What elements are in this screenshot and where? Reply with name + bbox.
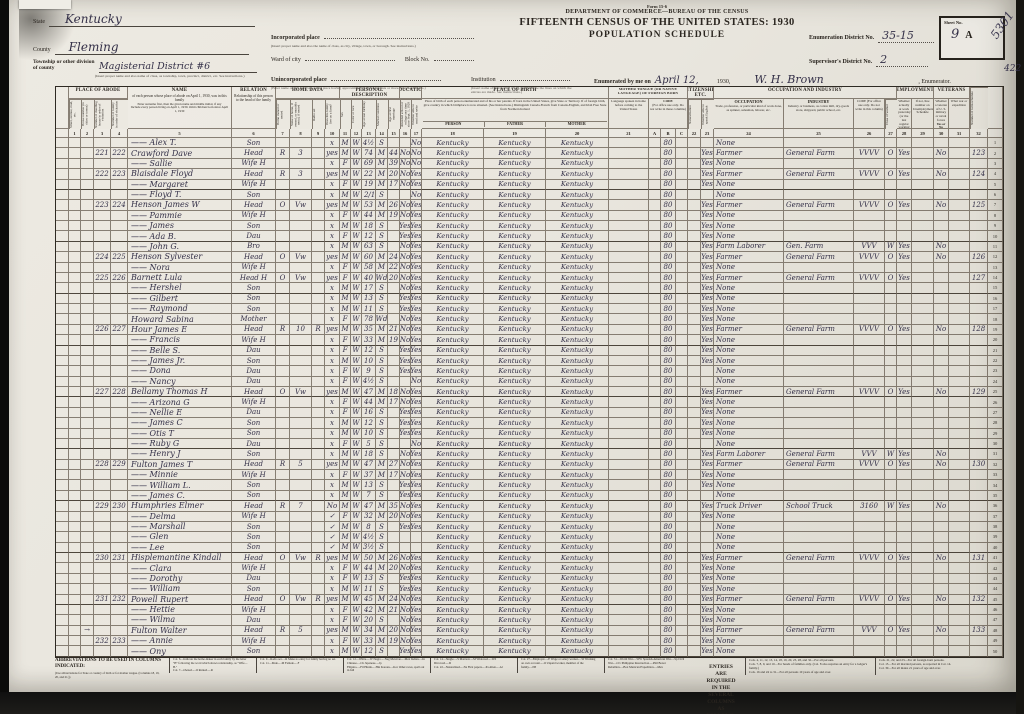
line-number-left <box>56 304 69 314</box>
cell-rel: Wife H <box>232 159 276 169</box>
cell-rel: Son <box>232 480 276 490</box>
group-mother-tongue: MOTHER TONGUE (OR NATIVE LANGUAGE) OF FO… <box>609 87 688 99</box>
cell-name: Crawford Dave <box>128 148 232 158</box>
cell-nat <box>688 543 701 553</box>
cell-age: 47 <box>362 501 376 511</box>
cell-fam: 231 <box>111 553 128 563</box>
cell-emp <box>897 480 912 490</box>
cell-sex: F <box>340 211 351 221</box>
cell-war <box>949 283 970 293</box>
cell-cls <box>885 211 897 221</box>
subheader-agefm: Age at first marriage <box>388 99 400 129</box>
cell-pobm: Kentucky <box>546 366 609 376</box>
cell-name: —— Pammie <box>128 211 232 221</box>
cell-fsch <box>970 377 988 387</box>
cell-cc <box>676 387 688 397</box>
cell-name: —— Hettie <box>128 605 232 615</box>
cell-ind: Gen. Farm <box>784 242 854 252</box>
line-number-right: 34 <box>988 480 1003 490</box>
cell-war <box>949 460 970 470</box>
cell-dwell: 223 <box>94 200 111 210</box>
cell-pobp: Kentucky <box>422 563 484 573</box>
cell-nat <box>688 429 701 439</box>
cell-ind <box>784 159 854 169</box>
cell-dwell <box>94 314 111 324</box>
cell-pobp: Kentucky <box>422 522 484 532</box>
cell-pobp: Kentucky <box>422 480 484 490</box>
cell-mar: S <box>376 584 388 594</box>
cell-eng: Yes <box>701 626 714 636</box>
cell-sex: M <box>340 252 351 262</box>
cell-age: 12 <box>362 346 376 356</box>
cell-street <box>69 180 81 190</box>
cell-pobm: Kentucky <box>546 439 609 449</box>
cell-unemp <box>912 211 934 221</box>
cell-color: W <box>351 470 362 480</box>
cell-ca <box>649 346 661 356</box>
cell-pobf: Kentucky <box>484 449 546 459</box>
cell-war <box>949 449 970 459</box>
cell-cb: 80 <box>661 200 676 210</box>
cell-house <box>81 314 94 324</box>
cell-mar: M <box>376 626 388 636</box>
cell-agefm: 20 <box>388 626 400 636</box>
cell-ten <box>276 615 290 625</box>
cell-rel: Son <box>232 221 276 231</box>
cell-pobf: Kentucky <box>484 418 546 428</box>
cell-agefm <box>388 346 400 356</box>
cell-read: Yes <box>411 501 422 511</box>
cell-sex: M <box>340 480 351 490</box>
cell-read: Yes <box>411 429 422 439</box>
cell-cls: O <box>885 553 897 563</box>
cell-pobm: Kentucky <box>546 418 609 428</box>
line-number-right: 47 <box>988 615 1003 625</box>
line-number-right: 48 <box>988 626 1003 636</box>
cell-agefm: 20 <box>388 169 400 179</box>
cell-farm: yes <box>325 200 340 210</box>
cell-agefm <box>388 314 400 324</box>
cell-house <box>81 460 94 470</box>
cell-ten <box>276 605 290 615</box>
cell-agefm: 44 <box>388 148 400 158</box>
cell-house <box>81 615 94 625</box>
cell-pobm: Kentucky <box>546 221 609 231</box>
cell-eng: Yes <box>701 169 714 179</box>
cell-unemp <box>912 636 934 646</box>
cell-color: W <box>351 543 362 553</box>
cell-emp: Yes <box>897 169 912 179</box>
cell-rel: Dau <box>232 574 276 584</box>
cell-fam <box>111 563 128 573</box>
cell-nat <box>688 626 701 636</box>
cell-occ: None <box>714 408 784 418</box>
cell-war <box>949 180 970 190</box>
cell-ind <box>784 532 854 542</box>
cell-sex: F <box>340 512 351 522</box>
line-number-right: 22 <box>988 356 1003 366</box>
cell-cls <box>885 512 897 522</box>
cell-pobp: Kentucky <box>422 408 484 418</box>
cell-name: —— Clara <box>128 563 232 573</box>
cell-ind: General Farm <box>784 273 854 283</box>
cell-ind: General Farm <box>784 169 854 179</box>
cell-nat <box>688 501 701 511</box>
cell-house <box>81 387 94 397</box>
cell-street <box>69 563 81 573</box>
cell-ca <box>649 366 661 376</box>
line-number-right: 36 <box>988 501 1003 511</box>
cell-code <box>854 543 885 553</box>
cell-vet <box>934 304 949 314</box>
cell-ten <box>276 283 290 293</box>
cell-house <box>81 242 94 252</box>
cell-rel: Head <box>232 148 276 158</box>
cell-read: Yes <box>411 263 422 273</box>
cell-ten <box>276 242 290 252</box>
cell-war <box>949 553 970 563</box>
cell-agefm: 21 <box>388 605 400 615</box>
cell-code <box>854 429 885 439</box>
cell-radio <box>312 335 325 345</box>
cell-tongue <box>609 190 649 200</box>
cell-fsch <box>970 335 988 345</box>
cell-fsch: 133 <box>970 626 988 636</box>
cell-vet <box>934 480 949 490</box>
cell-agefm <box>388 231 400 241</box>
cell-ind <box>784 543 854 553</box>
cell-tongue <box>609 304 649 314</box>
cell-war <box>949 584 970 594</box>
cell-ind: General Farm <box>784 200 854 210</box>
cell-code <box>854 584 885 594</box>
sheet-value: 9 <box>951 27 959 42</box>
cell-occ: Farmer <box>714 626 784 636</box>
cell-color: W <box>351 418 362 428</box>
cell-ca <box>649 418 661 428</box>
cell-pobp: Kentucky <box>422 335 484 345</box>
cell-pobf: Kentucky <box>484 574 546 584</box>
incorporated-label: Incorporated place <box>271 35 320 41</box>
page-title: FIFTEENTH CENSUS OF THE UNITED STATES: 1… <box>507 17 807 28</box>
cell-ten <box>276 584 290 594</box>
cell-nat <box>688 615 701 625</box>
subheader-sch: Attended school or college any time sinc… <box>400 99 411 129</box>
cell-vet <box>934 366 949 376</box>
cell-fam <box>111 470 128 480</box>
cell-dwell <box>94 242 111 252</box>
cell-nat <box>688 553 701 563</box>
cell-unemp <box>912 460 934 470</box>
cell-val <box>290 242 312 252</box>
cell-ca <box>649 335 661 345</box>
cell-age: 58 <box>362 263 376 273</box>
line-number-left <box>56 491 69 501</box>
line-number-right: 7 <box>988 200 1003 210</box>
cell-tongue <box>609 314 649 324</box>
enumeration-district-value: 35-15 <box>878 29 934 43</box>
cell-mar: M <box>376 148 388 158</box>
cell-fam <box>111 480 128 490</box>
cell-tongue <box>609 636 649 646</box>
cell-cc <box>676 221 688 231</box>
cell-ind: General Farm <box>784 387 854 397</box>
cell-farm: x <box>325 159 340 169</box>
line-number-left <box>56 636 69 646</box>
line-number-right: 44 <box>988 584 1003 594</box>
cell-read: Yes <box>411 346 422 356</box>
line-number-right: 17 <box>988 304 1003 314</box>
cell-cc <box>676 449 688 459</box>
line-number-right: 41 <box>988 553 1003 563</box>
cell-radio <box>312 636 325 646</box>
cell-occ: Farm Laborer <box>714 449 784 459</box>
cell-mar: S <box>376 522 388 532</box>
cell-vet <box>934 273 949 283</box>
cell-unemp <box>912 387 934 397</box>
cell-cc <box>676 574 688 584</box>
cell-mar: M <box>376 169 388 179</box>
cell-pobm: Kentucky <box>546 615 609 625</box>
cell-tongue <box>609 377 649 387</box>
cell-vet <box>934 584 949 594</box>
cell-street <box>69 532 81 542</box>
cell-emp <box>897 429 912 439</box>
cell-radio <box>312 231 325 241</box>
cell-farm: x <box>325 356 340 366</box>
cell-war <box>949 335 970 345</box>
cell-cls <box>885 397 897 407</box>
cell-vet <box>934 190 949 200</box>
film-edge-left <box>0 0 9 714</box>
cell-street <box>69 169 81 179</box>
line-number-left <box>56 180 69 190</box>
cell-sex: F <box>340 636 351 646</box>
cell-war <box>949 605 970 615</box>
cell-vet <box>934 180 949 190</box>
cell-cls <box>885 263 897 273</box>
line-number-right: 5 <box>988 180 1003 190</box>
cell-occ: None <box>714 159 784 169</box>
cell-emp <box>897 543 912 553</box>
cell-dwell <box>94 605 111 615</box>
cell-fam: 229 <box>111 460 128 470</box>
cell-tongue <box>609 501 649 511</box>
cell-pobm: Kentucky <box>546 190 609 200</box>
cell-ca <box>649 408 661 418</box>
cell-cc <box>676 304 688 314</box>
cell-sch: No <box>400 460 411 470</box>
cell-ten <box>276 138 290 148</box>
subheader-radio: Radio set <box>312 99 325 129</box>
cell-code: VVVV <box>854 252 885 262</box>
line-number-right: 45 <box>988 595 1003 605</box>
cell-unemp <box>912 314 934 324</box>
cell-read: Yes <box>411 449 422 459</box>
cell-fsch <box>970 283 988 293</box>
cell-ten: O <box>276 273 290 283</box>
cell-fam <box>111 377 128 387</box>
line-number-right: 37 <box>988 512 1003 522</box>
cell-house <box>81 491 94 501</box>
cell-mar: M <box>376 335 388 345</box>
cell-cc <box>676 252 688 262</box>
cell-age: 33 <box>362 335 376 345</box>
cell-cc <box>676 148 688 158</box>
cell-eng: Yes <box>701 636 714 646</box>
cell-sch: No <box>400 470 411 480</box>
cell-nat <box>688 169 701 179</box>
cell-age: 33 <box>362 636 376 646</box>
cell-farm: yes <box>325 148 340 158</box>
cell-dwell <box>94 263 111 273</box>
cell-farm: x <box>325 377 340 387</box>
cell-sex: M <box>340 501 351 511</box>
cell-vet: No <box>934 169 949 179</box>
cell-sex: M <box>340 304 351 314</box>
cell-nat <box>688 377 701 387</box>
cell-cc <box>676 159 688 169</box>
cell-ca <box>649 574 661 584</box>
cell-sex: M <box>340 169 351 179</box>
cell-house <box>81 294 94 304</box>
cell-rel: Son <box>232 491 276 501</box>
line-number-right: 49 <box>988 636 1003 646</box>
line-number-left <box>56 169 69 179</box>
cell-street <box>69 314 81 324</box>
cell-radio <box>312 584 325 594</box>
cell-ind <box>784 211 854 221</box>
cell-emp: Yes <box>897 387 912 397</box>
column-number-27: 27 <box>885 129 897 138</box>
cell-ind <box>784 294 854 304</box>
cell-color: W <box>351 283 362 293</box>
cell-farm: x <box>325 429 340 439</box>
cell-unemp <box>912 180 934 190</box>
subheader-veteran: Whether a veteran of U. S. military or n… <box>934 99 949 129</box>
cell-rel: Son <box>232 304 276 314</box>
cell-cls <box>885 221 897 231</box>
column-number-26: 26 <box>854 129 885 138</box>
cell-mar: M <box>376 460 388 470</box>
cell-farm: x <box>325 615 340 625</box>
cell-rel: Dau <box>232 346 276 356</box>
cell-street <box>69 491 81 501</box>
cell-street <box>69 346 81 356</box>
cell-tongue <box>609 346 649 356</box>
cell-mar: S <box>376 429 388 439</box>
cell-street <box>69 148 81 158</box>
cell-emp: Yes <box>897 460 912 470</box>
cell-emp <box>897 605 912 615</box>
cell-agefm <box>388 574 400 584</box>
cell-pobf: Kentucky <box>484 148 546 158</box>
cell-fam <box>111 263 128 273</box>
cell-tongue <box>609 356 649 366</box>
cell-street <box>69 470 81 480</box>
cell-ind <box>784 522 854 532</box>
cell-agefm <box>388 615 400 625</box>
cell-tongue <box>609 294 649 304</box>
cell-val <box>290 532 312 542</box>
cell-color: W <box>351 553 362 563</box>
line-number-right: 9 <box>988 221 1003 231</box>
cell-fsch <box>970 563 988 573</box>
cell-sex: F <box>340 574 351 584</box>
cell-street <box>69 263 81 273</box>
cell-cb: 80 <box>661 231 676 241</box>
cell-war <box>949 512 970 522</box>
cell-ca <box>649 211 661 221</box>
cell-age: 7 <box>362 491 376 501</box>
cell-tongue <box>609 563 649 573</box>
cell-vet <box>934 356 949 366</box>
cell-sch: No <box>400 263 411 273</box>
line-number-left <box>56 543 69 553</box>
cell-cb: 80 <box>661 408 676 418</box>
cell-farm: ✓ <box>325 522 340 532</box>
cell-farm: yes <box>325 273 340 283</box>
cell-cc <box>676 138 688 148</box>
cell-house <box>81 553 94 563</box>
cell-war <box>949 294 970 304</box>
cell-cls <box>885 180 897 190</box>
cell-nat <box>688 335 701 345</box>
column-number-16: 16 <box>400 129 411 138</box>
cell-pobp: Kentucky <box>422 646 484 656</box>
cell-ind: General Farm <box>784 460 854 470</box>
cell-sex: M <box>340 449 351 459</box>
cell-ca <box>649 273 661 283</box>
cell-name: Hour James E <box>128 325 232 335</box>
cell-ind <box>784 512 854 522</box>
cell-unemp <box>912 148 934 158</box>
line-number-left <box>56 159 69 169</box>
cell-nat <box>688 211 701 221</box>
cell-war <box>949 252 970 262</box>
cell-cls <box>885 418 897 428</box>
cell-name: —— Minnie <box>128 470 232 480</box>
cell-sch: Yes <box>400 522 411 532</box>
cell-fsch <box>970 646 988 656</box>
cell-code <box>854 615 885 625</box>
cell-cls <box>885 138 897 148</box>
cell-mar: S <box>376 543 388 553</box>
cell-emp <box>897 397 912 407</box>
cell-war <box>949 480 970 490</box>
cell-war <box>949 377 970 387</box>
cell-ten <box>276 231 290 241</box>
cell-ten <box>276 221 290 231</box>
column-number-14: 14 <box>376 129 388 138</box>
cell-ten: O <box>276 387 290 397</box>
cell-cc <box>676 190 688 200</box>
cell-radio <box>312 501 325 511</box>
cell-read: Yes <box>411 231 422 241</box>
cell-ca <box>649 325 661 335</box>
incorporated-field: Incorporated place (Insert proper name a… <box>271 26 474 48</box>
cell-tongue <box>609 615 649 625</box>
cell-cc <box>676 584 688 594</box>
cell-ten <box>276 356 290 366</box>
cell-pobp: Kentucky <box>422 356 484 366</box>
cell-farm: x <box>325 314 340 324</box>
cell-pobp: Kentucky <box>422 470 484 480</box>
cell-fam <box>111 221 128 231</box>
cell-agefm: 19 <box>388 211 400 221</box>
cell-name: —— Belle S. <box>128 346 232 356</box>
cell-dwell <box>94 543 111 553</box>
